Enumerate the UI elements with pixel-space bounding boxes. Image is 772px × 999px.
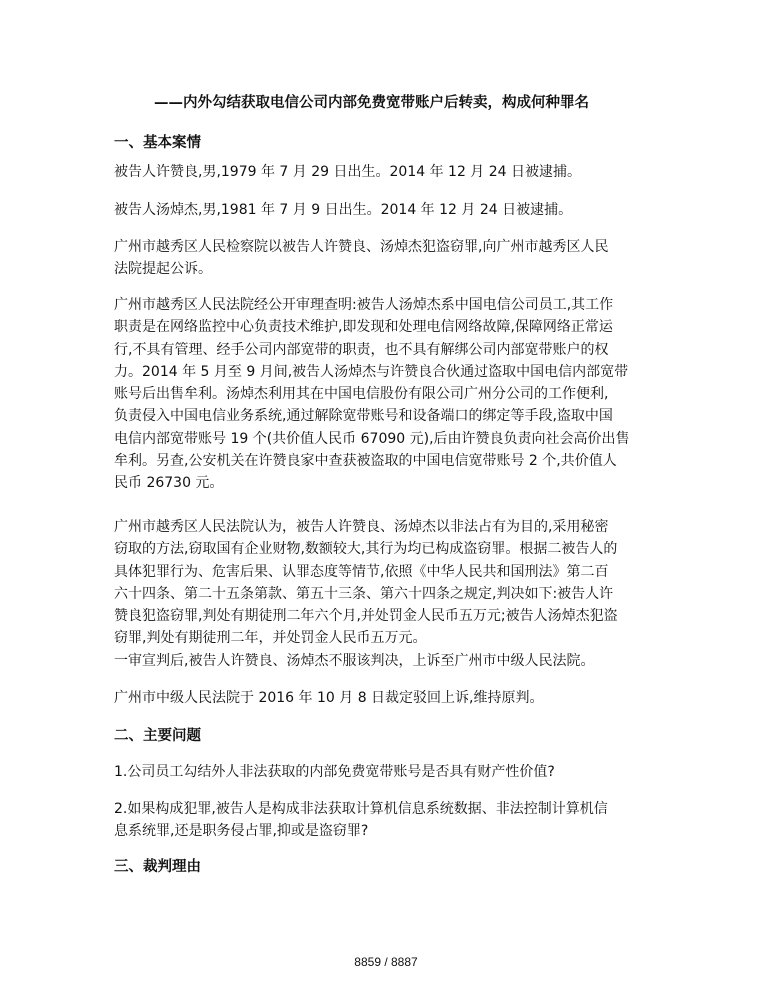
text-line: 牟利。另查,公安机关在许赞良家中查获被盗取的中国电信宽带账号 2 个,共价值人 [114, 450, 660, 472]
paragraph-prosecution: 广州市越秀区人民检察院以被告人许赞良、汤焯杰犯盗窃罪,向广州市越秀区人民 法院提… [114, 236, 660, 281]
text-line: 具体犯罪行为、危害后果、认罪态度等情节,依照《中华人民共和国刑法》第二百 [114, 561, 660, 583]
text-line: 息系统罪,还是职务侵占罪,抑或是盗窃罪? [114, 820, 660, 842]
text-line: 广州市越秀区人民法院认为，被告人许赞良、汤焯杰以非法占有为目的,采用秘密 [114, 516, 660, 538]
text-line: 被告人汤焯杰,男,1981 年 7 月 9 日出生。2014 年 12 月 24… [114, 199, 660, 221]
section-heading-main-issues: 二、主要问题 [114, 724, 201, 745]
text-line: 窃取的方法,窃取国有企业财物,数额较大,其行为均已构成盗窃罪。根据二被告人的 [114, 538, 660, 560]
text-line: 力。2014 年 5 月至 9 月间,被告人汤焯杰与许赞良合伙通过盗取中国电信内… [114, 361, 660, 383]
paragraph-issue-1: 1.公司员工勾结外人非法获取的内部免费宽带账号是否具有财产性价值? [114, 761, 660, 783]
paragraph-defendant-1: 被告人许赞良,男,1979 年 7 月 29 日出生。2014 年 12 月 2… [114, 161, 660, 183]
text-line: 被告人许赞良,男,1979 年 7 月 29 日出生。2014 年 12 月 2… [114, 161, 660, 183]
text-line: 广州市越秀区人民法院经公开审理查明:被告人汤焯杰系中国电信公司员工,其工作 [114, 294, 660, 316]
text-line: 一审宣判后,被告人许赞良、汤焯杰不服该判决，上诉至广州市中级人民法院。 [114, 650, 660, 672]
text-line: 民币 26730 元。 [114, 472, 660, 494]
paragraph-trial-findings: 广州市越秀区人民法院经公开审理查明:被告人汤焯杰系中国电信公司员工,其工作 职责… [114, 294, 660, 495]
paragraph-appeal: 一审宣判后,被告人许赞良、汤焯杰不服该判决，上诉至广州市中级人民法院。 [114, 650, 660, 672]
text-line: 2.如果构成犯罪,被告人是构成非法获取计算机信息系统数据、非法控制计算机信 [114, 798, 660, 820]
text-line: 六十四条、第二十五条第款、第五十三条、第六十四条之规定,判决如下:被告人许 [114, 583, 660, 605]
document-subtitle: ——内外勾结获取电信公司内部免费宽带账户后转卖，构成何种罪名 [154, 91, 589, 112]
text-line: 行,不具有管理、经手公司内部宽带的职责，也不具有解绑公司内部宽带账户的权 [114, 339, 660, 361]
paragraph-defendant-2: 被告人汤焯杰,男,1981 年 7 月 9 日出生。2014 年 12 月 24… [114, 199, 660, 221]
section-heading-reasoning: 三、裁判理由 [114, 855, 201, 876]
text-line: 职责是在网络监控中心负责技术维护,即发现和处理电信网络故障,保障网络正常运 [114, 316, 660, 338]
paragraph-court-judgment: 广州市越秀区人民法院认为，被告人许赞良、汤焯杰以非法占有为目的,采用秘密 窃取的… [114, 516, 660, 650]
text-line: 赞良犯盗窃罪,判处有期徒刑二年六个月,并处罚金人民币五万元;被告人汤焯杰犯盗 [114, 605, 660, 627]
text-line: 法院提起公诉。 [114, 258, 660, 280]
text-line: 负责侵入中国电信业务系统,通过解除宽带账号和设备端口的绑定等手段,盗取中国 [114, 405, 660, 427]
text-line: 电信内部宽带账号 19 个(共价值人民币 67090 元),后由许赞良负责向社会… [114, 428, 660, 450]
text-line: 窃罪,判处有期徒刑二年，并处罚金人民币五万元。 [114, 627, 660, 649]
text-line: 1.公司员工勾结外人非法获取的内部免费宽带账号是否具有财产性价值? [114, 761, 660, 783]
paragraph-issue-2: 2.如果构成犯罪,被告人是构成非法获取计算机信息系统数据、非法控制计算机信 息系… [114, 798, 660, 843]
text-line: 账号后出售牟利。汤焯杰利用其在中国电信股份有限公司广州分公司的工作便利, [114, 383, 660, 405]
text-line: 广州市越秀区人民检察院以被告人许赞良、汤焯杰犯盗窃罪,向广州市越秀区人民 [114, 236, 660, 258]
text-line: 广州市中级人民法院于 2016 年 10 月 8 日裁定驳回上诉,维持原判。 [114, 687, 660, 709]
section-heading-basic-facts: 一、基本案情 [114, 131, 201, 152]
page-indicator: 8859 / 8887 [0, 955, 772, 969]
paragraph-appeal-ruling: 广州市中级人民法院于 2016 年 10 月 8 日裁定驳回上诉,维持原判。 [114, 687, 660, 709]
